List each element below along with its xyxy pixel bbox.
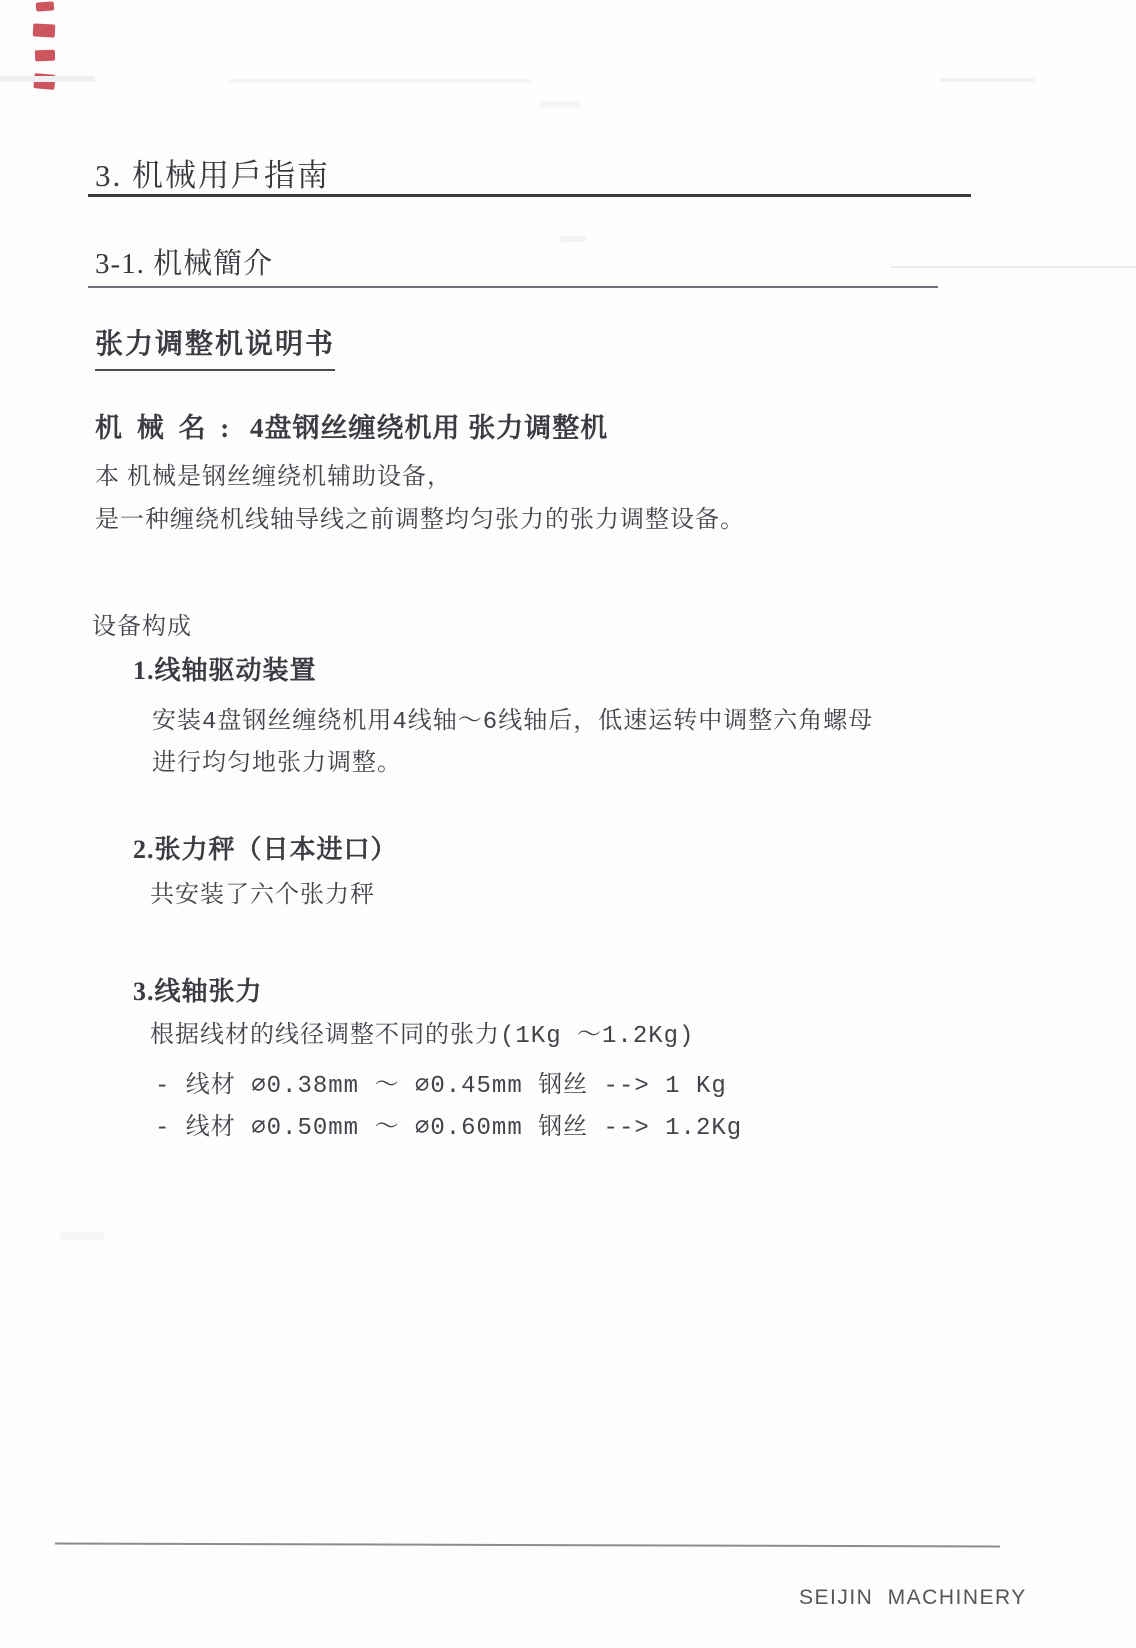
section-heading-rule — [88, 286, 938, 288]
machine-name-label: 机 械 名 : — [95, 413, 233, 443]
scan-artifact — [230, 79, 530, 83]
scan-ghost-line — [890, 266, 1136, 268]
red-pen-mark — [35, 50, 55, 62]
scan-artifact — [540, 101, 580, 108]
footer-company-name: SEIJIN MACHINERY — [799, 1586, 1027, 1610]
intro-line-2: 是一种缠绕机线轴导线之前调整均匀张力的张力调整设备。 — [95, 499, 745, 534]
scanned-manual-page: 3. 机械用戶指南 3-1. 机械簡介 张力调整机说明书 机 械 名 : 4盘钢… — [0, 0, 1136, 1648]
item-2-title: 2.张力秤（日本进口） — [133, 829, 398, 866]
red-pen-mark — [33, 23, 56, 37]
machine-name-value: 4盘钢丝缠绕机用 张力调整机 — [250, 413, 608, 443]
manual-title: 张力调整机说明书 — [95, 322, 335, 371]
item-3-title: 3.线轴张力 — [133, 971, 263, 1008]
item-1-line-2: 进行均匀地张力调整。 — [152, 742, 402, 777]
red-pen-mark — [36, 1, 55, 11]
section-heading: 3-1. 机械簡介 — [95, 241, 273, 282]
chapter-heading-rule — [88, 194, 971, 197]
scan-artifact — [60, 1232, 105, 1240]
machine-name-line: 机 械 名 : 4盘钢丝缠绕机用 张力调整机 — [95, 406, 608, 445]
item-1-line-1: 安装4盘钢丝缠绕机用4线轴～6线轴后，低速运转中调整六角螺母 — [152, 700, 873, 736]
item-3-spec-2: - 线材 ∅0.50mm ～ ∅0.60mm 钢丝 --> 1.2Kg — [155, 1106, 742, 1142]
chapter-heading: 3. 机械用戶指南 — [95, 150, 330, 195]
intro-line-1: 本 机械是钢丝缠绕机辅助设备， — [95, 456, 452, 491]
item-3-spec-1: - 线材 ∅0.38mm ～ ∅0.45mm 钢丝 --> 1 Kg — [155, 1064, 727, 1100]
item-2-line-1: 共安装了六个张力秤 — [150, 874, 375, 909]
footer-rule — [55, 1543, 1000, 1548]
red-pen-mark — [33, 73, 55, 90]
scan-artifact — [560, 236, 586, 242]
composition-heading: 设备构成 — [92, 606, 192, 641]
item-1-title: 1.线轴驱动装置 — [133, 650, 317, 687]
scan-artifact — [940, 78, 1035, 82]
item-3-line-1: 根据线材的线径调整不同的张力(1Kg ～1.2Kg) — [150, 1014, 694, 1050]
